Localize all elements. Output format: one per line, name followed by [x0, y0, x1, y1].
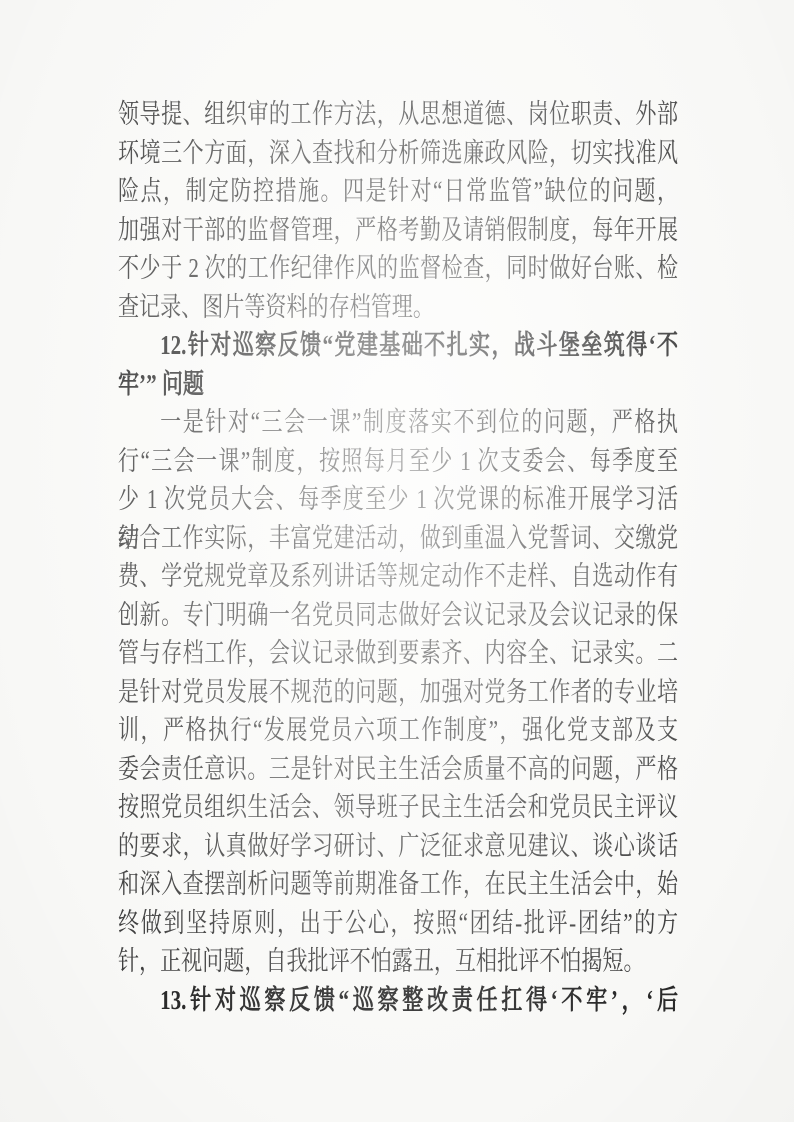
document-page: 领导提、组织审的工作方法，从思想道德、岗位职责、外部 环境三个方面，深入查找和分…: [0, 0, 794, 1122]
section-12-heading-line-2: 牢’” 问题: [118, 365, 678, 404]
body-text-line: 不少于 2 次的工作纪律作风的监督检查，同时做好台账、检: [118, 249, 678, 288]
body-text-line: 查记录、图片等资料的存档管理。: [118, 288, 678, 327]
body-text-line: 的要求，认真做好学习研讨、广泛征求意见建议、谈心谈话: [118, 827, 678, 866]
section-13-heading-line-1: 13.针对巡察反馈“巡察整改责任扛得‘不牢’，‘后: [118, 981, 678, 1020]
body-text-line: 按照党员组织生活会、领导班子民主生活会和党员民主评议: [118, 788, 678, 827]
body-text-line: 费、学党规党章及系列讲话等规定动作不走样、自选动作有: [118, 557, 678, 596]
body-text-line: 环境三个方面，深入查找和分析筛选廉政风险，切实找准风: [118, 134, 678, 173]
body-text-line: 针，正视问题，自我批评不怕露丑，互相批评不怕揭短。: [118, 942, 678, 981]
body-text-line: 险点，制定防控措施。四是针对“日常监管”缺位的问题，: [118, 172, 678, 211]
body-text-line: 是针对党员发展不规范的问题，加强对党务工作者的专业培: [118, 673, 678, 712]
body-text-line: 创新。专门明确一名党员同志做好会议记录及会议记录的保: [118, 596, 678, 635]
text-block: 领导提、组织审的工作方法，从思想道德、岗位职责、外部 环境三个方面，深入查找和分…: [118, 95, 678, 1019]
body-text-line: 训，严格执行“发展党员六项工作制度”，强化党支部及支: [118, 711, 678, 750]
body-text-line: 终做到坚持原则，出于公心，按照“团结-批评-团结”的方: [118, 904, 678, 943]
body-text-line: 和深入查摆剖析问题等前期准备工作，在民主生活会中，始: [118, 865, 678, 904]
body-text-line: 管与存档工作，会议记录做到要素齐、内容全、记录实。二: [118, 634, 678, 673]
body-text-line: 行“三会一课”制度，按照每月至少 1 次支委会、每季度至: [118, 442, 678, 481]
body-text-line: 委会责任意识。三是针对民主生活会质量不高的问题，严格: [118, 750, 678, 789]
body-text-line: 一是针对“三会一课”制度落实不到位的问题，严格执: [118, 403, 678, 442]
body-text-line: 少 1 次党员大会、每季度至少 1 次党课的标准开展学习活动。: [118, 480, 678, 519]
section-12-heading-line-1: 12.针对巡察反馈“党建基础不扎实，战斗堡垒筑得‘不: [118, 326, 678, 365]
body-text-line: 领导提、组织审的工作方法，从思想道德、岗位职责、外部: [118, 95, 678, 134]
body-text-line: 加强对干部的监督管理，严格考勤及请销假制度，每年开展: [118, 211, 678, 250]
body-text-line: 结合工作实际，丰富党建活动，做到重温入党誓词、交缴党: [118, 519, 678, 558]
